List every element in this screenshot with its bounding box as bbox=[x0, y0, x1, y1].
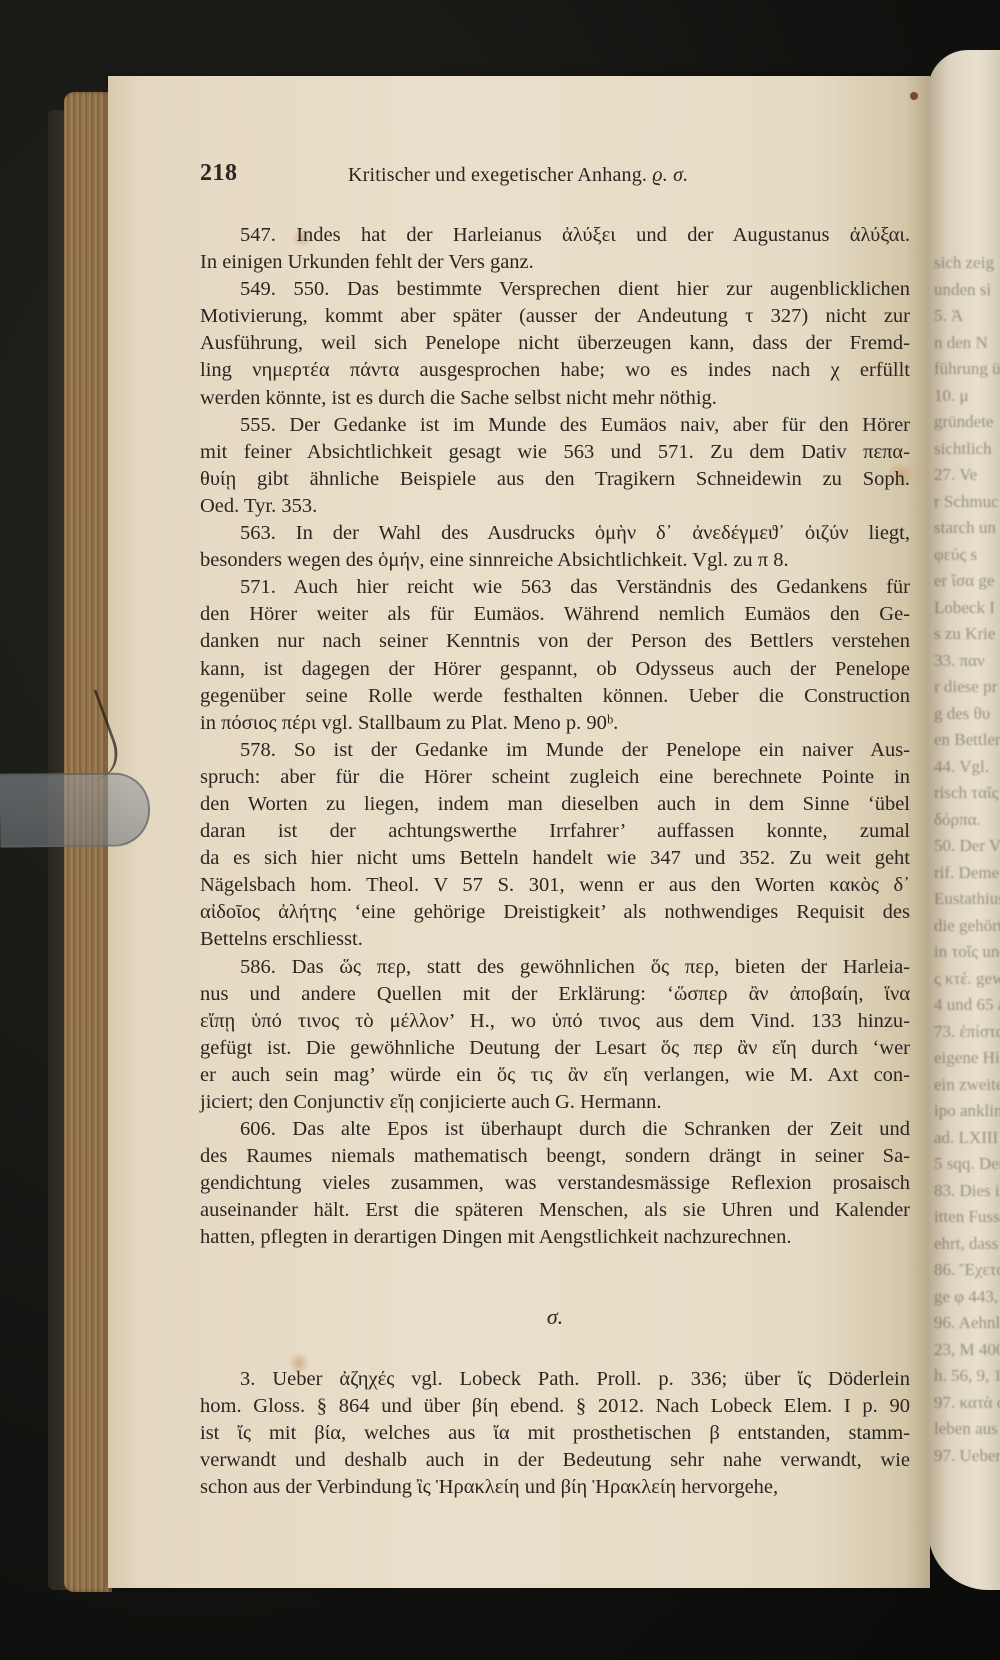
note-606: 606. Das alte Epos ist überhaupt durch d… bbox=[200, 1116, 910, 1251]
note-549-550: 549. 550. Das bestimmte Versprechen dien… bbox=[200, 276, 910, 411]
note-586: 586. Das ὥς περ, statt des gewöhnlichen … bbox=[200, 954, 910, 1117]
text-line: schon aus der Verbindung ἲς Ἡρακλείη und… bbox=[200, 1474, 910, 1501]
facing-line: er ἴσα ge bbox=[934, 568, 1000, 595]
facing-line: 83. Dies ist bbox=[934, 1178, 1000, 1205]
facing-line: 50. Der V bbox=[934, 833, 1000, 860]
text-line: 563. In der Wahl des Ausdrucks ὁμὴν δ᾽ ἀ… bbox=[200, 520, 910, 547]
facing-line: gründete bbox=[934, 409, 1000, 436]
facing-line: 96. Aehnliche bbox=[934, 1310, 1000, 1337]
page-header: 218 Kritischer und exegetischer Anhang. … bbox=[200, 160, 910, 200]
facing-line: r diese pr bbox=[934, 674, 1000, 701]
note-571: 571. Auch hier reicht wie 563 das Verstä… bbox=[200, 574, 910, 737]
facing-line: 10. μ bbox=[934, 383, 1000, 410]
running-head: Kritischer und exegetischer Anhang. ϱ. σ… bbox=[348, 164, 688, 187]
facing-line: φεύς s bbox=[934, 542, 1000, 569]
text-line: da es sich hier nicht ums Betteln handel… bbox=[200, 845, 910, 872]
facing-line: 97. κατὰ στομ bbox=[934, 1390, 1000, 1417]
facing-line: 97. Ueber d bbox=[934, 1443, 1000, 1470]
note-563: 563. In der Wahl des Ausdrucks ὁμὴν δ᾽ ἀ… bbox=[200, 520, 910, 574]
text-line: kann, ist dagegen der Hörer gespannt, ob… bbox=[200, 656, 910, 683]
facing-line: h. 56, 9, 1. bbox=[934, 1363, 1000, 1390]
facing-line: in τοῖς und bbox=[934, 939, 1000, 966]
facing-line: ge φ 443, wa bbox=[934, 1284, 1000, 1311]
text-line: αἰδοῖος ἀλήτης ‘eine gehörige Dreistigke… bbox=[200, 899, 910, 926]
facing-line: ein zweites bbox=[934, 1072, 1000, 1099]
text-line: 571. Auch hier reicht wie 563 das Verstä… bbox=[200, 574, 910, 601]
facing-line: 44. Vgl. bbox=[934, 754, 1000, 781]
facing-line: 5 sqq. Den 7 bbox=[934, 1151, 1000, 1178]
text-line: 547. Indes hat der Harleianus ἀλύξει und… bbox=[200, 222, 910, 249]
facing-page: sich zeigunden si5. Ἀn den Nführung üb10… bbox=[928, 50, 1000, 1590]
text-line: des Raumes niemals mathematisch beengt, … bbox=[200, 1143, 910, 1170]
running-head-greek: ϱ. σ. bbox=[652, 164, 688, 186]
text-line: gegenüber seine Rolle werde festhalten k… bbox=[200, 683, 910, 710]
facing-line: risch ταῖς bbox=[934, 780, 1000, 807]
text-line: Nägelsbach hom. Theol. V 57 S. 301, wenn… bbox=[200, 872, 910, 899]
facing-line: ipo anklingt bbox=[934, 1098, 1000, 1125]
facing-line: sichtlich bbox=[934, 436, 1000, 463]
note-547: 547. Indes hat der Harleianus ἀλύξει und… bbox=[200, 222, 910, 276]
text-line: jiciert; den Conjunctiv εἴῃ conjicierte … bbox=[200, 1089, 910, 1116]
facing-line: 4 und 65 au bbox=[934, 992, 1000, 1019]
text-line: hom. Gloss. § 864 und über βίη ebend. § … bbox=[200, 1393, 910, 1420]
text-line: werden könnte, ist es durch die Sache se… bbox=[200, 385, 910, 412]
page-content: 218 Kritischer und exegetischer Anhang. … bbox=[200, 160, 910, 1501]
note-3: 3. Ueber ἀζηχές vgl. Lobeck Path. Proll.… bbox=[200, 1366, 910, 1501]
text-line: besonders wegen des ὁμήν, eine sinnreich… bbox=[200, 547, 910, 574]
facing-line: r Schmuc bbox=[934, 489, 1000, 516]
facing-line: die gehört. bbox=[934, 913, 1000, 940]
text-line: daran ist der achtungswerthe Irrfahrer’ … bbox=[200, 818, 910, 845]
text-line: verwandt und deshalb auch in der Bedeutu… bbox=[200, 1447, 910, 1474]
text-line: ist ἴς mit βία, welches aus ἴα mit prost… bbox=[200, 1420, 910, 1447]
facing-line: rif. Deme bbox=[934, 860, 1000, 887]
text-line: In einigen Urkunden fehlt der Vers ganz. bbox=[200, 249, 910, 276]
facing-line: s zu Krie bbox=[934, 621, 1000, 648]
facing-line: 23, M 400. U bbox=[934, 1337, 1000, 1364]
text-line: nus und andere Quellen mit der Erklärung… bbox=[200, 981, 910, 1008]
text-line: gendichtung vieles zusammen, was verstan… bbox=[200, 1170, 910, 1197]
text-line: den Hörer weiter als für Eumäos. Während… bbox=[200, 601, 910, 628]
text-line: spruch: aber für die Hörer scheint zugle… bbox=[200, 764, 910, 791]
page-clip bbox=[0, 772, 150, 847]
facing-line: starch un bbox=[934, 515, 1000, 542]
commentary-notes: 547. Indes hat der Harleianus ἀλύξει und… bbox=[200, 222, 910, 1252]
facing-line: eigene Hiob bbox=[934, 1045, 1000, 1072]
facing-line: 33. παν bbox=[934, 648, 1000, 675]
text-line: 578. So ist der Gedanke im Munde der Pen… bbox=[200, 737, 910, 764]
text-line: Oed. Tyr. 353. bbox=[200, 493, 910, 520]
facing-line: Lobeck I bbox=[934, 595, 1000, 622]
note-555: 555. Der Gedanke ist im Munde des Eumäos… bbox=[200, 412, 910, 520]
text-line: 586. Das ὥς περ, statt des gewöhnlichen … bbox=[200, 954, 910, 981]
facing-line: Eustathius f bbox=[934, 886, 1000, 913]
facing-line: ς κτέ. gew bbox=[934, 966, 1000, 993]
facing-line: 73. ἐπίστα bbox=[934, 1019, 1000, 1046]
section-heading: σ. bbox=[200, 1304, 910, 1330]
facing-line: sich zeig bbox=[934, 250, 1000, 277]
text-line: Bettelns erschliesst. bbox=[200, 926, 910, 953]
text-line: den Worten zu liegen, indem man dieselbe… bbox=[200, 791, 910, 818]
text-line: εἴπῃ ὑπό τινος τὸ μέλλον’ H., wo ὑπό τιν… bbox=[200, 1008, 910, 1035]
facing-line: en Bettler bbox=[934, 727, 1000, 754]
text-line: 3. Ueber ἀζηχές vgl. Lobeck Path. Proll.… bbox=[200, 1366, 910, 1393]
text-line: Ausführung, weil sich Penelope nicht übe… bbox=[200, 330, 910, 357]
facing-line: δόρπα. bbox=[934, 807, 1000, 834]
text-line: mit feiner Absichtlichkeit gesagt wie 56… bbox=[200, 439, 910, 466]
facing-page-text: sich zeigunden si5. Ἀn den Nführung üb10… bbox=[934, 250, 1000, 1469]
facing-line: unden si bbox=[934, 277, 1000, 304]
facing-line: 5. Ἀ bbox=[934, 303, 1000, 330]
facing-line: ad. LXIII 83. bbox=[934, 1125, 1000, 1152]
facing-line: 86. Ἔχετος bbox=[934, 1257, 1000, 1284]
text-line: hatten, pflegten in derartigen Dingen mi… bbox=[200, 1224, 910, 1251]
text-line: in πόσιος πέρι vgl. Stallbaum zu Plat. M… bbox=[200, 710, 910, 737]
facing-line: ehrt, dass di bbox=[934, 1231, 1000, 1258]
text-line: 606. Das alte Epos ist überhaupt durch d… bbox=[200, 1116, 910, 1143]
section-notes: 3. Ueber ἀζηχές vgl. Lobeck Path. Proll.… bbox=[200, 1366, 910, 1501]
text-line: 555. Der Gedanke ist im Munde des Eumäos… bbox=[200, 412, 910, 439]
text-line: danken nur nach seiner Kenntnis von der … bbox=[200, 628, 910, 655]
text-line: Motivierung, kommt aber später (ausser d… bbox=[200, 303, 910, 330]
facing-line: g des θυ bbox=[934, 701, 1000, 728]
facing-line: itten Fusse bbox=[934, 1204, 1000, 1231]
page-number: 218 bbox=[200, 160, 238, 187]
note-578: 578. So ist der Gedanke im Munde der Pen… bbox=[200, 737, 910, 954]
facing-line: führung üb bbox=[934, 356, 1000, 383]
text-line: ling νημερτέα πάντα ausgesprochen habe; … bbox=[200, 357, 910, 384]
text-line: θυίῃ gibt ähnliche Beispiele aus den Tra… bbox=[200, 466, 910, 493]
running-head-title: Kritischer und exegetischer Anhang. bbox=[348, 164, 647, 186]
facing-line: n den N bbox=[934, 330, 1000, 357]
text-line: 549. 550. Das bestimmte Versprechen dien… bbox=[200, 276, 910, 303]
facing-line: 27. Ve bbox=[934, 462, 1000, 489]
text-line: gefügt ist. Die gewöhnliche Deutung der … bbox=[200, 1035, 910, 1062]
text-line: er auch sein mag’ würde ein ὅς τις ἂν εἴ… bbox=[200, 1062, 910, 1089]
facing-line: leben aus Vin bbox=[934, 1416, 1000, 1443]
text-line: auseinander hält. Erst die späteren Mens… bbox=[200, 1197, 910, 1224]
paper-spot bbox=[910, 92, 918, 100]
